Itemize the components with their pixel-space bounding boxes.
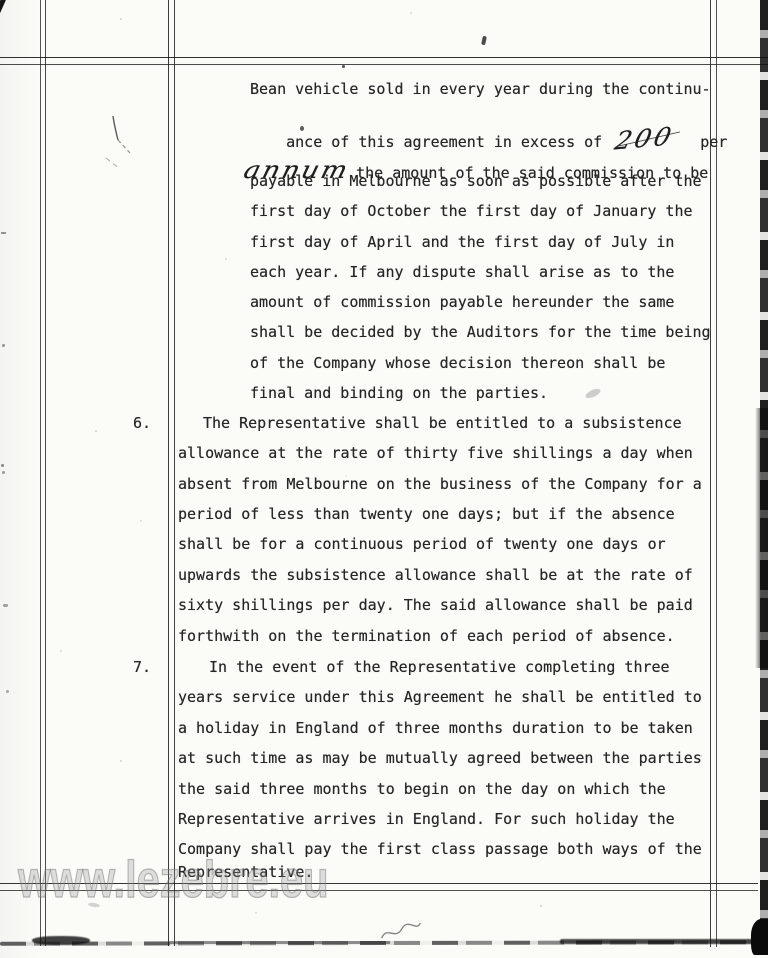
typed-line: shall be decided by the Auditors for the… xyxy=(250,322,711,342)
typed-line: Representative arrives in England. For s… xyxy=(178,809,675,829)
clause-number-6: 6. xyxy=(133,413,151,433)
pen-stroke-mark xyxy=(100,112,136,172)
typed-line: upwards the subsistence allowance shall … xyxy=(178,565,693,585)
typed-line: In the event of the Representative compl… xyxy=(178,657,670,677)
scan-corner-top-left xyxy=(0,0,7,16)
ink-blob xyxy=(32,936,90,945)
typed-line: each year. If any dispute shall arise as… xyxy=(250,262,674,282)
typed-line: shall be for a continuous period of twen… xyxy=(178,534,666,554)
page-bottom-edge-dark xyxy=(560,939,760,944)
ink-speck xyxy=(300,126,304,131)
typed-line: the said three months to begin on the da… xyxy=(178,779,666,799)
ink-speck xyxy=(1,232,6,234)
typed-line: amount of commission payable hereunder t… xyxy=(250,292,674,312)
ink-speck xyxy=(2,344,5,347)
header-rule xyxy=(0,57,768,65)
typed-line: allowance at the rate of thirty five shi… xyxy=(178,443,693,463)
typed-line: sixty shillings per day. The said allowa… xyxy=(178,595,693,615)
margin-rule-left-inner xyxy=(168,0,175,946)
typed-line: first day of October the first day of Ja… xyxy=(250,201,693,221)
ink-speck xyxy=(342,65,345,68)
typed-line: forthwith on the termination of each per… xyxy=(178,626,675,646)
typed-line: final and binding on the parties. xyxy=(250,383,548,403)
scan-edge-right-dark xyxy=(755,408,768,668)
ink-speck xyxy=(3,604,8,607)
watermark-text: www.lezebre.eu xyxy=(18,852,329,908)
ink-speck xyxy=(481,36,487,46)
scan-corner-bottom-right xyxy=(751,919,768,955)
typed-line: a holiday in England of three months dur… xyxy=(178,718,693,738)
clause-number-7: 7. xyxy=(133,657,151,677)
ink-speck xyxy=(6,690,9,693)
typed-line: period of less than twenty one days; but… xyxy=(178,504,675,524)
ink-speck xyxy=(1,464,4,467)
typed-line: first day of April and the first day of … xyxy=(250,232,674,252)
typed-line: The Representative shall be entitled to … xyxy=(178,413,682,433)
margin-rule-right xyxy=(710,0,717,947)
typed-line: at such time as may be mutually agreed b… xyxy=(178,748,702,768)
document-page: Bean vehicle sold in every year during t… xyxy=(0,0,768,958)
typed-line: years service under this Agreement he sh… xyxy=(178,687,702,707)
typed-line: Bean vehicle sold in every year during t… xyxy=(250,79,711,99)
margin-rule-left-outer xyxy=(40,0,46,946)
typed-line: payable in Melbourne as soon as possible… xyxy=(250,171,702,191)
typed-line: absent from Melbourne on the business of… xyxy=(178,474,702,494)
pencil-smudge xyxy=(584,387,601,400)
page-bottom-edge-mid xyxy=(170,941,390,944)
typed-line: of the Company whose decision thereon sh… xyxy=(250,353,665,373)
